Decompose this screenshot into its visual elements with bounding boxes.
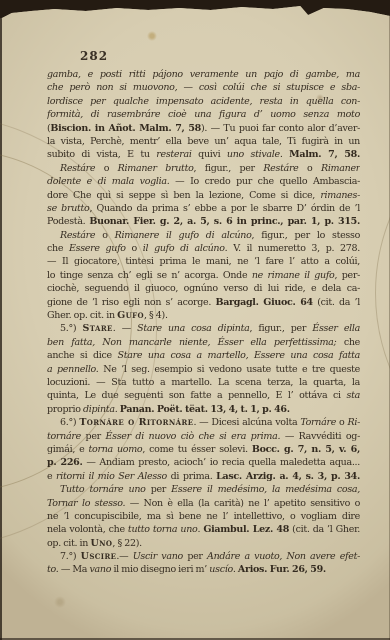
body-text: lordisce per qualche impensato acidente,… [47, 96, 360, 107]
body-text: o [95, 163, 117, 174]
body-text: Restáre [60, 230, 95, 241]
text-line: anche si dice Stare una cosa a martello,… [47, 349, 360, 362]
body-text: , per- [334, 270, 360, 281]
body-text: — Ma [59, 564, 90, 575]
citation-text: Panan. Poët. tëat. 13, 4, t. 1, p. 46. [120, 404, 290, 415]
body-text: il gufo di alcúno [143, 243, 225, 254]
citation-text: Malm. 7, 58. [289, 149, 360, 160]
entry-keyword: Uscire [81, 551, 117, 562]
text-line: (Biscion. in Añot. Malm. 7, 58). — Tu pu… [47, 122, 360, 135]
scanned-page-background: 282 gamba, e posti ritti pájono verament… [0, 0, 390, 640]
entry-keyword: Gufo [117, 310, 144, 321]
body-text: — Io credo pur che quello Ambascia- [170, 176, 360, 187]
citation-text: Giambul. Lez. 48 [203, 524, 289, 535]
text-line: Tutto tornáre uno per Essere il medésimo… [47, 483, 360, 496]
body-text: , § 22). [112, 538, 141, 549]
body-text: , figur., per lo stesso [252, 230, 360, 241]
body-text: di prima. [167, 471, 216, 482]
body-text: gimái, e [47, 444, 89, 455]
body-text: lo tinge senza ch’ egli se n’ acorga. On… [47, 270, 252, 281]
body-text: (cit. da ’l [313, 297, 360, 308]
text-line: lo tinge senza ch’ egli se n’ acorga. On… [47, 269, 360, 282]
body-text: vano [89, 564, 111, 575]
text-line: Restáre o Rimanere il gufo di alcúno, fi… [47, 229, 360, 242]
body-text: rimanes- [320, 190, 360, 201]
text-line: lordisce per qualche impensato acidente,… [47, 95, 360, 108]
page-text: gamba, e posti ritti pájono veramente un… [47, 68, 360, 577]
text-line: formità, di rasembráre cioè una figura d… [47, 108, 360, 121]
body-text: Ésser di nuovo ciò che si era prima. [105, 431, 280, 442]
body-text: formità, di rasembráre cioè una figura d… [47, 109, 360, 120]
body-text: quivi [192, 149, 227, 160]
text-line: 5.°) Stare. — Stare una cosa dipinta, fi… [47, 322, 360, 335]
text-line: Tornar lo stesso. — Non è ella (la carit… [47, 497, 360, 510]
text-line: ciochè, seguendo il giuoco, ognúno verso… [47, 282, 360, 295]
body-text: Stare una cosa a martello, Essere una co… [118, 350, 360, 361]
body-text: locuzioni. — Sta tutto a martello. La sc… [47, 377, 360, 388]
body-text: Essere il medésimo, la medésima cosa, [171, 484, 360, 495]
body-text: to. [47, 564, 59, 575]
body-text: (cit. da ’l Gher. [289, 524, 360, 535]
entry-keyword: Uno [90, 538, 112, 549]
text-line: Podestà. Buonar. Fier. g. 2, a. 5, s. 6 … [47, 215, 360, 228]
citation-text: Biscion. in Añot. Malm. 7, 58 [50, 123, 201, 134]
body-text: Rimaner [321, 163, 360, 174]
body-text: che però non si muovono, [47, 82, 177, 93]
text-line: subito di vista, E tu resterai quivi uno… [47, 148, 360, 161]
citation-text: Lasc. Arzig. a. 4, s. 3, p. 34. [216, 471, 360, 482]
citation-text: Arios. Fur. 26, 59. [238, 564, 326, 575]
text-line: — Il giocatore, tintesi prima le mani, n… [47, 255, 360, 268]
body-text: resterai [156, 149, 191, 160]
citation-text: p. 226. [47, 457, 82, 468]
citation-text: Bocc. g. 7, n. 5, v. 6, [252, 444, 360, 455]
body-text: o [336, 417, 347, 428]
body-text: o [126, 243, 143, 254]
body-text: Restáre [60, 163, 95, 174]
body-text: Tornar lo stesso. [47, 498, 125, 509]
body-text: , Quando da prima s’ ebbe a por le sbarr… [89, 203, 360, 214]
text-line: gione de ’l riso egli non s’ acorge. Bar… [47, 296, 360, 309]
book-page: 282 gamba, e posti ritti pájono verament… [0, 0, 390, 640]
text-line: dolente e di mala voglia. — Io credo pur… [47, 175, 360, 188]
text-line: ben fatta, Non mancarle niente, Ésser el… [47, 336, 360, 349]
body-text: 6.°) [60, 417, 79, 428]
text-line: 6.°) Tornáre o Ritornáre. — Dicesi alcún… [47, 416, 360, 429]
body-text: a pennello. [47, 364, 99, 375]
text-line: ne ’l concupiscibile, ma sì bene ne l’ i… [47, 510, 360, 523]
text-line: p. 226. — Andiam presto, acioch’ io reci… [47, 456, 360, 469]
body-text: Tornáre [300, 417, 336, 428]
body-text: gamba, e posti ritti pájono veramente un… [47, 69, 360, 80]
body-text: dore Che quì si seppe sì ben la lezione,… [47, 190, 320, 201]
body-text: tornáre [47, 431, 81, 442]
body-text: , § 4). [144, 310, 168, 321]
text-line: e ritorni il mio Ser Alesso di prima. La… [47, 470, 360, 483]
body-text: . — [113, 323, 137, 334]
text-line: nela volontà, che tutto torna uno. Giamb… [47, 523, 360, 536]
body-text: Essere gufo [69, 243, 126, 254]
text-line: a pennello. Ne ’l seg. esempio si vedono… [47, 363, 360, 376]
text-line: 7.°) Uscire.— Uscir vano per Andáre a vu… [47, 550, 360, 563]
body-text: Ésser ella [312, 323, 360, 334]
page-number: 282 [80, 49, 108, 63]
body-text: 7.°) [60, 551, 81, 562]
body-text: subito di vista, E tu [47, 149, 156, 160]
body-text: sta [347, 390, 360, 401]
body-text: nela volontà, che [47, 524, 128, 535]
text-line: to. — Ma vano il mio disegno ieri m’ usc… [47, 563, 360, 576]
body-text: ritorni il mio Ser Alesso [56, 471, 167, 482]
body-text: per [146, 484, 172, 495]
body-text: per [81, 431, 106, 442]
body-text: gione de ’l riso egli non s’ acorge. [47, 297, 215, 308]
entry-keyword: Stare [83, 323, 113, 334]
body-text: ben fatta, Non mancarle niente, Ésser el… [47, 337, 336, 348]
body-text: Restáre [263, 163, 298, 174]
body-text: torna uomo [89, 444, 143, 455]
body-text: se brutto [47, 203, 89, 214]
text-line: gamba, e posti ritti pájono veramente un… [47, 68, 360, 81]
body-text: Podestà. [47, 216, 89, 227]
body-text: quinta, Le due seguenti son fatte a penn… [47, 390, 347, 401]
body-text: Tutto tornáre uno [60, 484, 146, 495]
text-line: se brutto, Quando da prima s’ ebbe a por… [47, 202, 360, 215]
body-text: ciochè, seguendo il giuoco, ognúno verso… [47, 283, 360, 294]
body-text: Stare una cosa dipinta [137, 323, 249, 334]
text-line: quinta, Le due seguenti son fatte a penn… [47, 389, 360, 402]
text-line: op. cit. in Uno, § 22). [47, 537, 360, 550]
body-text: — Non è ella (la carità) ne l’ apetito s… [125, 498, 360, 509]
text-line: gimái, e torna uomo, come tu ésser solev… [47, 443, 360, 456]
body-text: Gher. op. cit. in [47, 310, 117, 321]
body-text: . [280, 149, 289, 160]
body-text: — Andiam presto, acioch’ io recia quella… [82, 457, 360, 468]
body-text: o [299, 163, 321, 174]
body-text: così colúi che si stupisce e sba- [199, 82, 360, 93]
body-text: uscío [209, 564, 233, 575]
body-text: — Ravvéditi og- [280, 431, 360, 442]
body-text: . — Dicesi alcúna volta [193, 417, 300, 428]
body-text: il mio disegno ieri m’ [111, 564, 209, 575]
body-text: . V. il numeretto 3, p. 278. [225, 243, 360, 254]
body-text: uno stivale [227, 149, 280, 160]
body-text: che [336, 337, 360, 348]
body-text: , figur., per [194, 163, 264, 174]
body-text: ne ’l concupiscibile, ma sì bene ne l’ i… [47, 511, 360, 522]
body-text: .— [116, 551, 132, 562]
body-text: per [183, 551, 207, 562]
page-curl-shadow-arc [375, 92, 390, 494]
body-text: la vista, Perchè, mentr’ ella beve un’ a… [47, 136, 360, 147]
body-text: Andáre a vuoto, Non avere efet- [207, 551, 360, 562]
body-text: dipinta [83, 404, 115, 415]
body-text: che [47, 243, 69, 254]
body-text: dolente e di mala voglia. [47, 176, 170, 187]
body-text: Ne ’l seg. esempio si vedono usate tutte… [99, 364, 360, 375]
body-text: , figur., per [249, 323, 312, 334]
body-text: ). — Tu puoi far conto alor d’aver- [201, 123, 360, 134]
body-text: 5.°) [60, 323, 83, 334]
citation-text: Buonar. Fier. g. 2, a. 5, s. 6 in princ.… [89, 216, 360, 227]
body-text: anche si dice [47, 350, 118, 361]
text-line: proprio dipinta. Panan. Poët. tëat. 13, … [47, 403, 360, 416]
text-line: Gher. op. cit. in Gufo, § 4). [47, 309, 360, 322]
body-text: , come tu ésser solevi. [142, 444, 252, 455]
body-text: ne rimane il gufo [252, 270, 335, 281]
body-text: tutto torna uno [128, 524, 198, 535]
text-line: locuzioni. — Sta tutto a martello. La sc… [47, 376, 360, 389]
text-line: che Essere gufo o il gufo di alcúno. V. … [47, 242, 360, 255]
body-text: o [95, 230, 114, 241]
citation-text: Bargagl. Giuoc. 64 [215, 297, 312, 308]
text-line: che però non si muovono, — così colúi ch… [47, 81, 360, 94]
text-line: Restáre o Rimaner brutto, figur., per Re… [47, 162, 360, 175]
body-text: e [47, 471, 56, 482]
body-text: proprio [47, 404, 83, 415]
text-line: la vista, Perchè, mentr’ ella beve un’ a… [47, 135, 360, 148]
body-text: Rimaner brutto [118, 163, 194, 174]
text-line: tornáre per Ésser di nuovo ciò che si er… [47, 430, 360, 443]
body-text: — [177, 82, 199, 93]
body-text: Rimanere il gufo di alcúno [115, 230, 252, 241]
body-text: op. cit. in [47, 538, 90, 549]
entry-keyword: Tornáre o Ritornáre [79, 417, 193, 428]
text-line: dore Che quì si seppe sì ben la lezione,… [47, 189, 360, 202]
body-text: Uscir vano [133, 551, 183, 562]
body-text: — Il giocatore, tintesi prima le mani, n… [47, 256, 360, 267]
body-text: Ri- [347, 417, 360, 428]
